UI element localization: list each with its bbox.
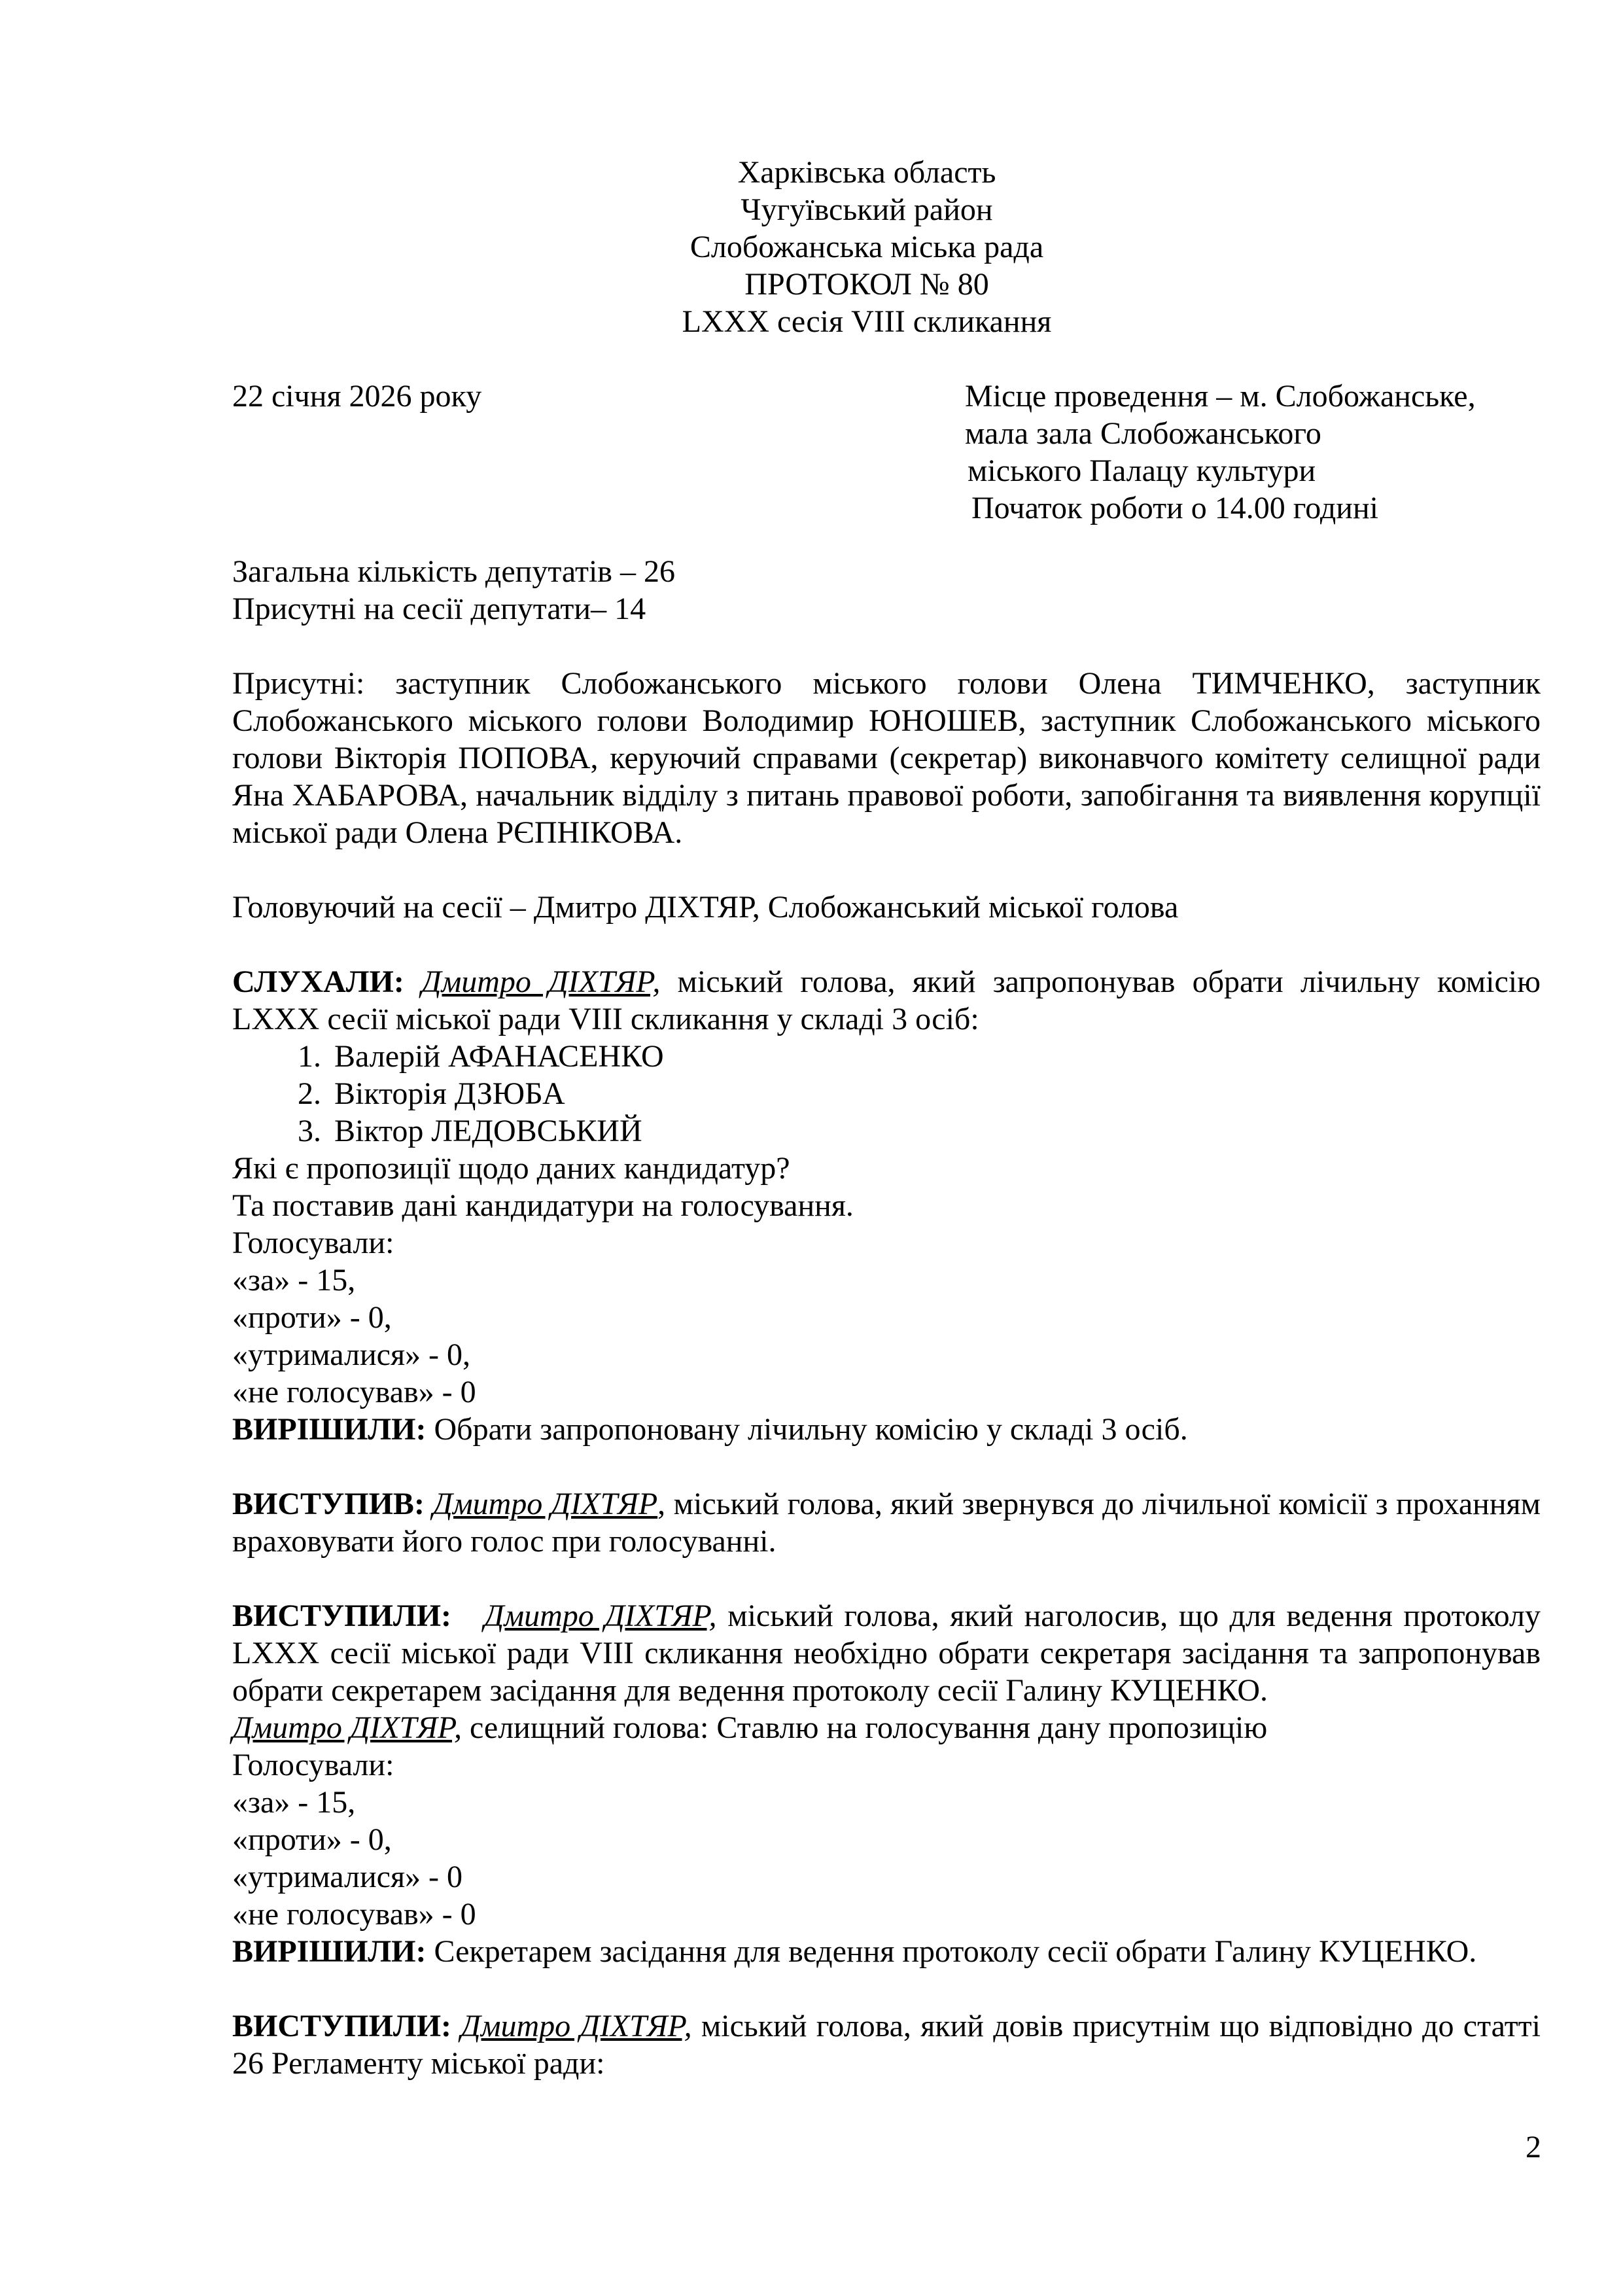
meta-row: 22 січня 2026 року Місце проведення – м.… [232, 378, 1541, 535]
vote-abstained: «утрималися» - 0 [232, 1858, 1541, 1896]
vote-for: «за» - 15, [232, 1784, 1541, 1821]
start-time-line: Початок роботи о 14.00 годині [965, 489, 1476, 527]
total-deputies: Загальна кількість депутатів – 26 [232, 553, 1541, 590]
speaker-name: Дмитро ДІХТЯР, [461, 2009, 691, 2043]
put-to-vote-line: Та поставив дані кандидатури на голосува… [232, 1187, 1541, 1224]
protocol-title: ПРОТОКОЛ № 80 [213, 266, 1521, 303]
put-to-vote-text: селищний голова: Ставлю на голосування д… [462, 1710, 1267, 1745]
decision-text: Секретарем засідання для ведення протоко… [426, 1934, 1476, 1969]
speaker-name: Дмитро ДІХТЯР, [484, 1598, 717, 1633]
session-line: LXXX сесія VIII скликання [213, 303, 1521, 340]
candidate-list: Валерій АФАНАСЕНКО Вікторія ДЗЮБА Віктор… [232, 1038, 1541, 1150]
region-line: Харківська область [213, 154, 1521, 191]
spoke-text: , міський голова, який звернувся до лічи… [232, 1487, 1541, 1559]
vote-against: «проти» - 0, [232, 1821, 1541, 1858]
voted-label: Голосували: [232, 1224, 1541, 1262]
heard-paragraph: СЛУХАЛИ: Дмитро ДІХТЯР, міський голова, … [232, 963, 1541, 1038]
spoke-label: ВИСТУПИВ: [232, 1487, 425, 1521]
attendees-paragraph: Присутні: заступник Слобожанського міськ… [232, 665, 1541, 851]
place-line: Місце проведення – м. Слобожанське, [965, 378, 1476, 415]
chair-line: Головуючий на сесії – Дмитро ДІХТЯР, Сло… [232, 889, 1541, 926]
place-line: міського Палацу культури [965, 452, 1476, 489]
spoke-label: ВИСТУПИЛИ: [232, 1598, 451, 1633]
question-line: Які є пропозиції щодо даних кандидатур? [232, 1150, 1541, 1187]
candidate-item: Вікторія ДЗЮБА [329, 1075, 1541, 1112]
speaker-name: Дмитро ДІХТЯР [432, 1487, 657, 1521]
vote-results: Голосували: «за» - 15, «проти» - 0, «утр… [232, 1224, 1541, 1411]
section-spoke-regulation: ВИСТУПИЛИ: Дмитро ДІХТЯР, міський голова… [232, 2007, 1541, 2082]
document-page: Харківська область Чугуївський район Сло… [232, 154, 1541, 2082]
session-date: 22 січня 2026 року [232, 378, 481, 415]
section-spoke-secretary: ВИСТУПИЛИ: Дмитро ДІХТЯР, міський голова… [232, 1597, 1541, 1970]
district-line: Чугуївський район [213, 191, 1521, 228]
spoke-label: ВИСТУПИЛИ: [232, 2009, 451, 2043]
page-number: 2 [1526, 2128, 1541, 2166]
section-heard: СЛУХАЛИ: Дмитро ДІХТЯР, міський голова, … [232, 963, 1541, 1448]
decision-text: Обрати запропоновану лічильну комісію у … [426, 1412, 1187, 1447]
vote-results: Голосували: «за» - 15, «проти» - 0, «утр… [232, 1746, 1541, 1933]
decision-line: ВИРІШИЛИ: Обрати запропоновану лічильну … [232, 1411, 1541, 1448]
secretary-paragraph: ВИСТУПИЛИ: Дмитро ДІХТЯР, міський голова… [232, 1597, 1541, 1709]
decision-line: ВИРІШИЛИ: Секретарем засідання для веден… [232, 1933, 1541, 1970]
section-spoke: ВИСТУПИВ: Дмитро ДІХТЯР, міський голова,… [232, 1485, 1541, 1560]
vote-abstained: «утрималися» - 0, [232, 1336, 1541, 1373]
place-line: мала зала Слобожанського [965, 415, 1476, 452]
candidate-item: Валерій АФАНАСЕНКО [329, 1038, 1541, 1075]
speaker-name: Дмитро ДІХТЯР, [232, 1710, 462, 1745]
deputy-counts: Загальна кількість депутатів – 26 Присут… [232, 553, 1541, 627]
present-deputies: Присутні на сесії депутати– 14 [232, 590, 1541, 627]
vote-not-voted: «не голосував» - 0 [232, 1896, 1541, 1933]
speaker-name: Дмитро ДІХТЯР, [421, 964, 660, 999]
document-header: Харківська область Чугуївський район Сло… [213, 154, 1521, 340]
heard-label: СЛУХАЛИ: [232, 964, 404, 999]
candidate-item: Віктор ЛЕДОВСЬКИЙ [329, 1112, 1541, 1150]
vote-for: «за» - 15, [232, 1262, 1541, 1299]
voted-label: Голосували: [232, 1746, 1541, 1784]
council-line: Слобожанська міська рада [213, 228, 1521, 266]
put-to-vote-line: Дмитро ДІХТЯР, селищний голова: Ставлю н… [232, 1709, 1541, 1746]
vote-against: «проти» - 0, [232, 1299, 1541, 1336]
session-place: Місце проведення – м. Слобожанське, мала… [965, 378, 1476, 527]
decision-label: ВИРІШИЛИ: [232, 1412, 426, 1447]
decision-label: ВИРІШИЛИ: [232, 1934, 426, 1969]
vote-not-voted: «не голосував» - 0 [232, 1373, 1541, 1411]
